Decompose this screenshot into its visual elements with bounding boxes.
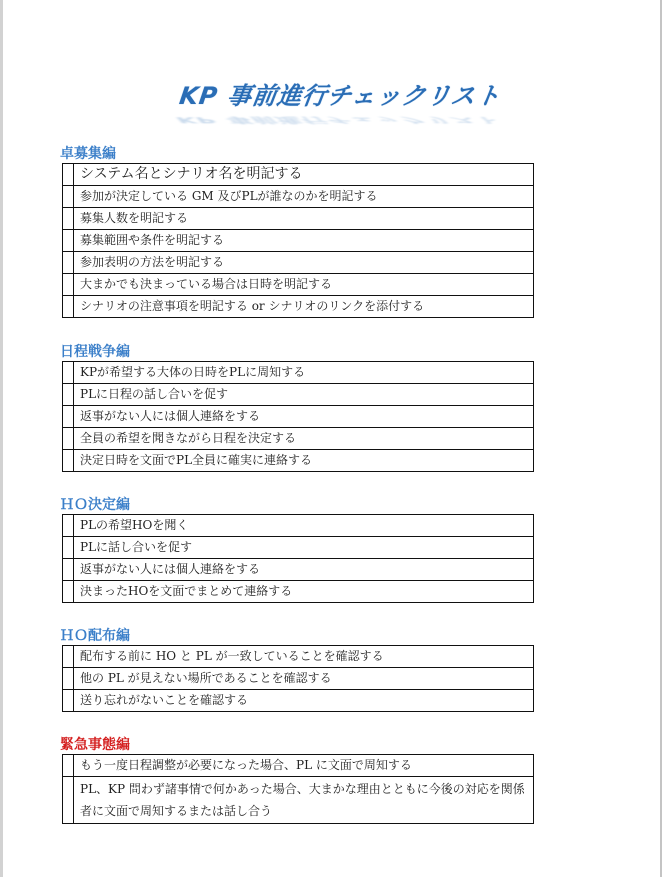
table-row: PL、KP 問わず諸事情で何かあった場合、大まかな理由とともに今後の対応を関係者…	[63, 777, 534, 824]
checklist-item: PLに日程の話し合いを促す	[74, 384, 534, 406]
checkbox-cell[interactable]	[63, 208, 74, 230]
checkbox-cell[interactable]	[63, 384, 74, 406]
table-row: シナリオの注意事項を明記する or シナリオのリンクを添付する	[63, 296, 534, 318]
checklist-table: 配布する前に HO と PL が一致していることを確認する 他の PL が見えな…	[62, 645, 534, 712]
checklist-item: シナリオの注意事項を明記する or シナリオのリンクを添付する	[74, 296, 534, 318]
table-row: システム名とシナリオ名を明記する	[63, 164, 534, 186]
checklist-item: 参加表明の方法を明記する	[74, 252, 534, 274]
table-row: 募集人数を明記する	[63, 208, 534, 230]
checklist-item: KPが希望する大体の日時をPLに周知する	[74, 362, 534, 384]
checkbox-cell[interactable]	[63, 559, 74, 581]
checkbox-cell[interactable]	[63, 274, 74, 296]
section-heading: ＨＯ配布編	[60, 627, 534, 645]
page-edge-left	[0, 0, 3, 877]
table-row: 参加表明の方法を明記する	[63, 252, 534, 274]
checkbox-cell[interactable]	[63, 186, 74, 208]
table-row: 他の PL が見えない場所であることを確認する	[63, 668, 534, 690]
checkbox-cell[interactable]	[63, 668, 74, 690]
table-row: PLの希望HOを聞く	[63, 515, 534, 537]
checklist-item: 配布する前に HO と PL が一致していることを確認する	[74, 646, 534, 668]
checkbox-cell[interactable]	[63, 296, 74, 318]
checklist-item: 送り忘れがないことを確認する	[74, 690, 534, 712]
table-row: 配布する前に HO と PL が一致していることを確認する	[63, 646, 534, 668]
checklist-table: もう一度日程調整が必要になった場合、PL に文面で周知する PL、KP 問わず諸…	[62, 754, 534, 824]
checkbox-cell[interactable]	[63, 450, 74, 472]
checkbox-cell[interactable]	[63, 690, 74, 712]
checkbox-cell[interactable]	[63, 362, 74, 384]
checkbox-cell[interactable]	[63, 581, 74, 603]
table-row: 大まかでも決まっている場合は日時を明記する	[63, 274, 534, 296]
table-row: PLに話し合いを促す	[63, 537, 534, 559]
checklist-item: もう一度日程調整が必要になった場合、PL に文面で周知する	[74, 755, 534, 777]
checkbox-cell[interactable]	[63, 515, 74, 537]
table-row: PLに日程の話し合いを促す	[63, 384, 534, 406]
section-heading: 卓募集編	[60, 145, 534, 163]
checklist-item: 大まかでも決まっている場合は日時を明記する	[74, 274, 534, 296]
table-row: 決まったHOを文面でまとめて連絡する	[63, 581, 534, 603]
checklist-item: 決まったHOを文面でまとめて連絡する	[74, 581, 534, 603]
table-row: 返事がない人には個人連絡をする	[63, 559, 534, 581]
table-row: 全員の希望を聞きながら日程を決定する	[63, 428, 534, 450]
checkbox-cell[interactable]	[63, 164, 74, 186]
checklist-table: システム名とシナリオ名を明記する 参加が決定している GM 及びPLが誰なのかを…	[62, 163, 534, 318]
checkbox-cell[interactable]	[63, 646, 74, 668]
checklist-table: KPが希望する大体の日時をPLに周知する PLに日程の話し合いを促す 返事がない…	[62, 361, 534, 472]
table-row: もう一度日程調整が必要になった場合、PL に文面で周知する	[63, 755, 534, 777]
checklist-item: 募集人数を明記する	[74, 208, 534, 230]
table-row: KPが希望する大体の日時をPLに周知する	[63, 362, 534, 384]
title-reflection: KP 事前進行チェックリスト	[175, 115, 490, 127]
checklist-table: PLの希望HOを聞く PLに話し合いを促す 返事がない人には個人連絡をする 決ま…	[62, 514, 534, 603]
section-scheduling: 日程戦争編 KPが希望する大体の日時をPLに周知する PLに日程の話し合いを促す…	[62, 343, 534, 472]
section-heading: ＨＯ決定編	[60, 496, 534, 514]
section-heading: 緊急事態編	[60, 736, 534, 754]
checklist-item: PLの希望HOを聞く	[74, 515, 534, 537]
checklist-item: 全員の希望を聞きながら日程を決定する	[74, 428, 534, 450]
checklist-item: PL、KP 問わず諸事情で何かあった場合、大まかな理由とともに今後の対応を関係者…	[74, 777, 534, 824]
section-recruitment: 卓募集編 システム名とシナリオ名を明記する 参加が決定している GM 及びPLが…	[62, 145, 534, 318]
checkbox-cell[interactable]	[63, 755, 74, 777]
section-ho-decision: ＨＯ決定編 PLの希望HOを聞く PLに話し合いを促す 返事がない人には個人連絡…	[62, 496, 534, 603]
title-text: KP 事前進行チェックリスト	[178, 76, 493, 111]
section-emergency: 緊急事態編 もう一度日程調整が必要になった場合、PL に文面で周知する PL、K…	[62, 736, 534, 824]
checkbox-cell[interactable]	[63, 252, 74, 274]
table-row: 返事がない人には個人連絡をする	[63, 406, 534, 428]
checklist-item: 他の PL が見えない場所であることを確認する	[74, 668, 534, 690]
table-row: 募集範囲や条件を明記する	[63, 230, 534, 252]
checkbox-cell[interactable]	[63, 428, 74, 450]
checklist-item: 募集範囲や条件を明記する	[74, 230, 534, 252]
checklist-item: PLに話し合いを促す	[74, 537, 534, 559]
checkbox-cell[interactable]	[63, 230, 74, 252]
checklist-item: 参加が決定している GM 及びPLが誰なのかを明記する	[74, 186, 534, 208]
checkbox-cell[interactable]	[63, 537, 74, 559]
checklist-item: 決定日時を文面でPL全員に確実に連絡する	[74, 450, 534, 472]
checklist-item: 返事がない人には個人連絡をする	[74, 406, 534, 428]
checklist-item: 返事がない人には個人連絡をする	[74, 559, 534, 581]
table-row: 参加が決定している GM 及びPLが誰なのかを明記する	[63, 186, 534, 208]
section-ho-distribution: ＨＯ配布編 配布する前に HO と PL が一致していることを確認する 他の P…	[62, 627, 534, 712]
document-title: KP 事前進行チェックリスト KP 事前進行チェックリスト	[180, 76, 490, 126]
checklist-item: システム名とシナリオ名を明記する	[74, 164, 534, 186]
table-row: 決定日時を文面でPL全員に確実に連絡する	[63, 450, 534, 472]
checkbox-cell[interactable]	[63, 777, 74, 824]
checkbox-cell[interactable]	[63, 406, 74, 428]
section-heading: 日程戦争編	[60, 343, 534, 361]
table-row: 送り忘れがないことを確認する	[63, 690, 534, 712]
